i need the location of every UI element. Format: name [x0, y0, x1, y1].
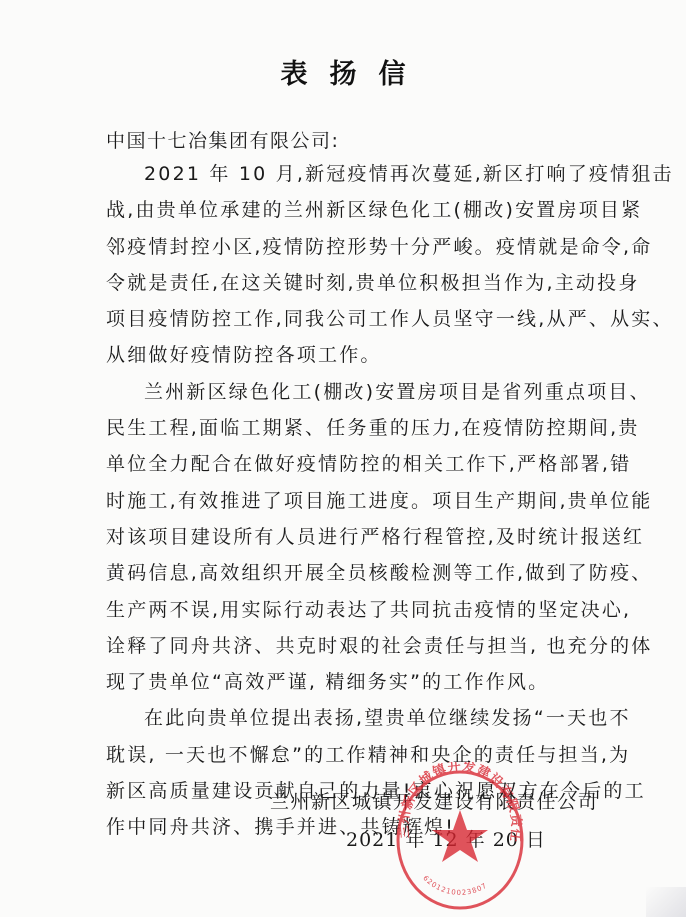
signature-date: 2021 年 12 年 20 日 [346, 825, 546, 852]
body-line: 现了贵单位“高效严谨, 精细务实”的工作作风。 [106, 664, 602, 700]
body-line: 生产两不误,用实际行动表达了共同抗击疫情的坚定决心, [106, 592, 602, 628]
letter-body: 2021 年 10 月,新冠疫情再次蔓延,新区打响了疫情狙击 战,由贵单位承建的… [106, 156, 602, 846]
page-corner-shadow [646, 887, 686, 917]
body-line: 邻疫情封控小区,疫情防控形势十分严峻。疫情就是命令,命 [106, 229, 602, 265]
svg-text:6201210023807: 6201210023807 [421, 874, 488, 897]
seal-number: 6201210023807 [421, 874, 488, 897]
letter-title: 表扬信 [0, 52, 686, 91]
body-line: 在此向贵单位提出表扬,望贵单位继续发扬“一天也不 [106, 700, 602, 736]
body-line: 令就是责任,在这关键时刻,贵单位积极担当作为,主动投身 [106, 265, 602, 301]
signature-company: 兰州新区城镇开发建设有限责任公司 [270, 787, 598, 814]
body-line: 对该项目建设所有人员进行严格行程管控,及时统计报送红 [106, 519, 602, 555]
salutation: 中国十七冶集团有限公司: [106, 126, 339, 153]
body-line: 民生工程,面临工期紧、任务重的压力,在疫情防控期间,贵 [106, 410, 602, 446]
body-line: 2021 年 10 月,新冠疫情再次蔓延,新区打响了疫情狙击 [106, 156, 602, 192]
body-line: 耽误, 一天也不懈怠”的工作精神和央企的责任与担当,为 [106, 737, 602, 773]
letter-page: 表扬信 中国十七冶集团有限公司: 2021 年 10 月,新冠疫情再次蔓延,新区… [0, 0, 686, 917]
body-line: 单位全力配合在做好疫情防控的相关工作下,严格部署,错 [106, 446, 602, 482]
body-line: 从细做好疫情防控各项工作。 [106, 337, 602, 373]
body-line: 项目疫情防控工作,同我公司工作人员坚守一线,从严、从实、 [106, 301, 602, 337]
body-line: 兰州新区绿色化工(棚改)安置房项目是省列重点项目、 [106, 374, 602, 410]
body-line: 战,由贵单位承建的兰州新区绿色化工(棚改)安置房项目紧 [106, 192, 602, 228]
body-line: 诠释了同舟共济、共克时艰的社会责任与担当, 也充分的体 [106, 628, 602, 664]
body-line: 黄码信息,高效组织开展全员核酸检测等工作,做到了防疫、 [106, 555, 602, 591]
body-line: 时施工,有效推进了项目施工进度。项目生产期间,贵单位能 [106, 483, 602, 519]
